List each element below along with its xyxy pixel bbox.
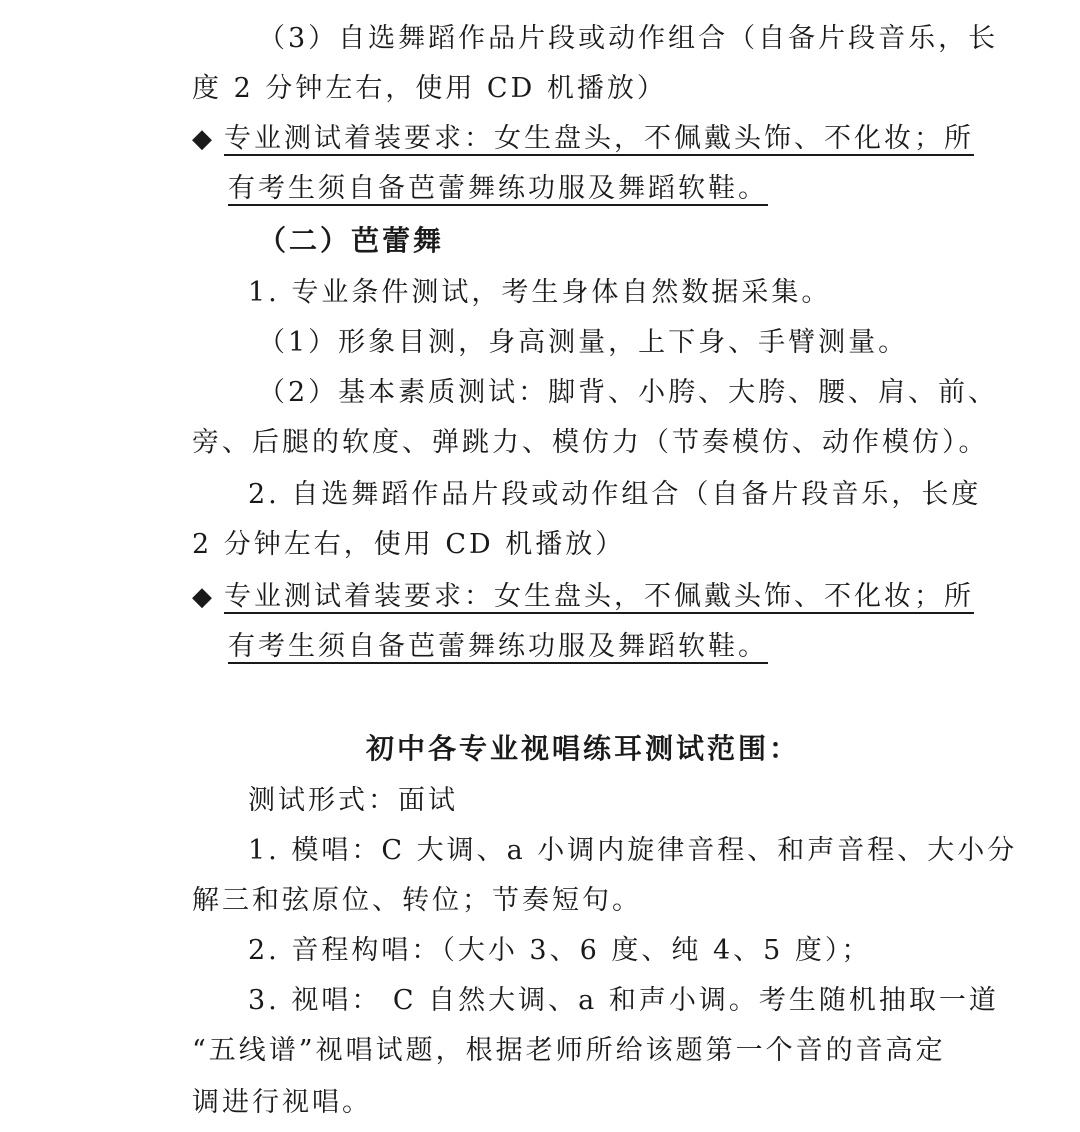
- solfege-item-3-line-1: 3. 视唱： C 自然大调、a 和声小调。考生随机抽取一道: [248, 984, 999, 1018]
- ballet-sub-item-2-line-2: 旁、后腿的软度、弹跳力、模仿力（节奏模仿、动作模仿）。: [192, 426, 989, 460]
- ballet-item-1: 1. 专业条件测试，考生身体自然数据采集。: [248, 276, 831, 310]
- section-title-solfege: 初中各专业视唱练耳测试范围：: [366, 732, 800, 766]
- attire-requirement-line-1: 专业测试着装要求：女生盘头，不佩戴头饰、不化妆；所: [224, 122, 974, 156]
- ballet-sub-item-2-line-1: （2）基本素质测试：脚背、小胯、大胯、腰、肩、前、: [258, 376, 998, 410]
- diamond-bullet-icon: ◆: [192, 580, 212, 614]
- diamond-bullet-icon: ◆: [192, 122, 212, 156]
- ballet-item-2-line-2: 2 分钟左右，使用 CD 机播放）: [192, 528, 625, 562]
- section-title-ballet: （二）芭蕾舞: [258, 224, 444, 258]
- solfege-item-1-line-2: 解三和弦原位、转位；节奏短句。: [192, 884, 642, 918]
- ballet-attire-line-1: 专业测试着装要求：女生盘头，不佩戴头饰、不化妆；所: [224, 580, 974, 614]
- solfege-item-3-line-3: 调进行视唱。: [192, 1086, 372, 1120]
- solfege-item-3-line-2: “五线谱”视唱试题，根据老师所给该题第一个音的音高定: [192, 1034, 946, 1068]
- dance-item-3-line-2: 度 2 分钟左右，使用 CD 机播放）: [192, 72, 667, 106]
- ballet-attire-line-2: 有考生须自备芭蕾舞练功服及舞蹈软鞋。: [228, 630, 768, 664]
- solfege-item-1-line-1: 1. 模唱：C 大调、a 小调内旋律音程、和声音程、大小分: [248, 834, 1017, 868]
- solfege-item-2: 2. 音程构唱：（大小 3、6 度、纯 4、5 度）；: [248, 934, 871, 968]
- ballet-sub-item-1: （1）形象目测，身高测量，上下身、手臂测量。: [258, 326, 908, 360]
- ballet-item-2-line-1: 2. 自选舞蹈作品片段或动作组合（自备片段音乐，长度: [248, 478, 981, 512]
- solfege-test-format: 测试形式：面试: [248, 784, 458, 818]
- dance-item-3-line-1: （3）自选舞蹈作品片段或动作组合（自备片段音乐，长: [258, 22, 998, 56]
- attire-requirement-line-2: 有考生须自备芭蕾舞练功服及舞蹈软鞋。: [228, 172, 768, 206]
